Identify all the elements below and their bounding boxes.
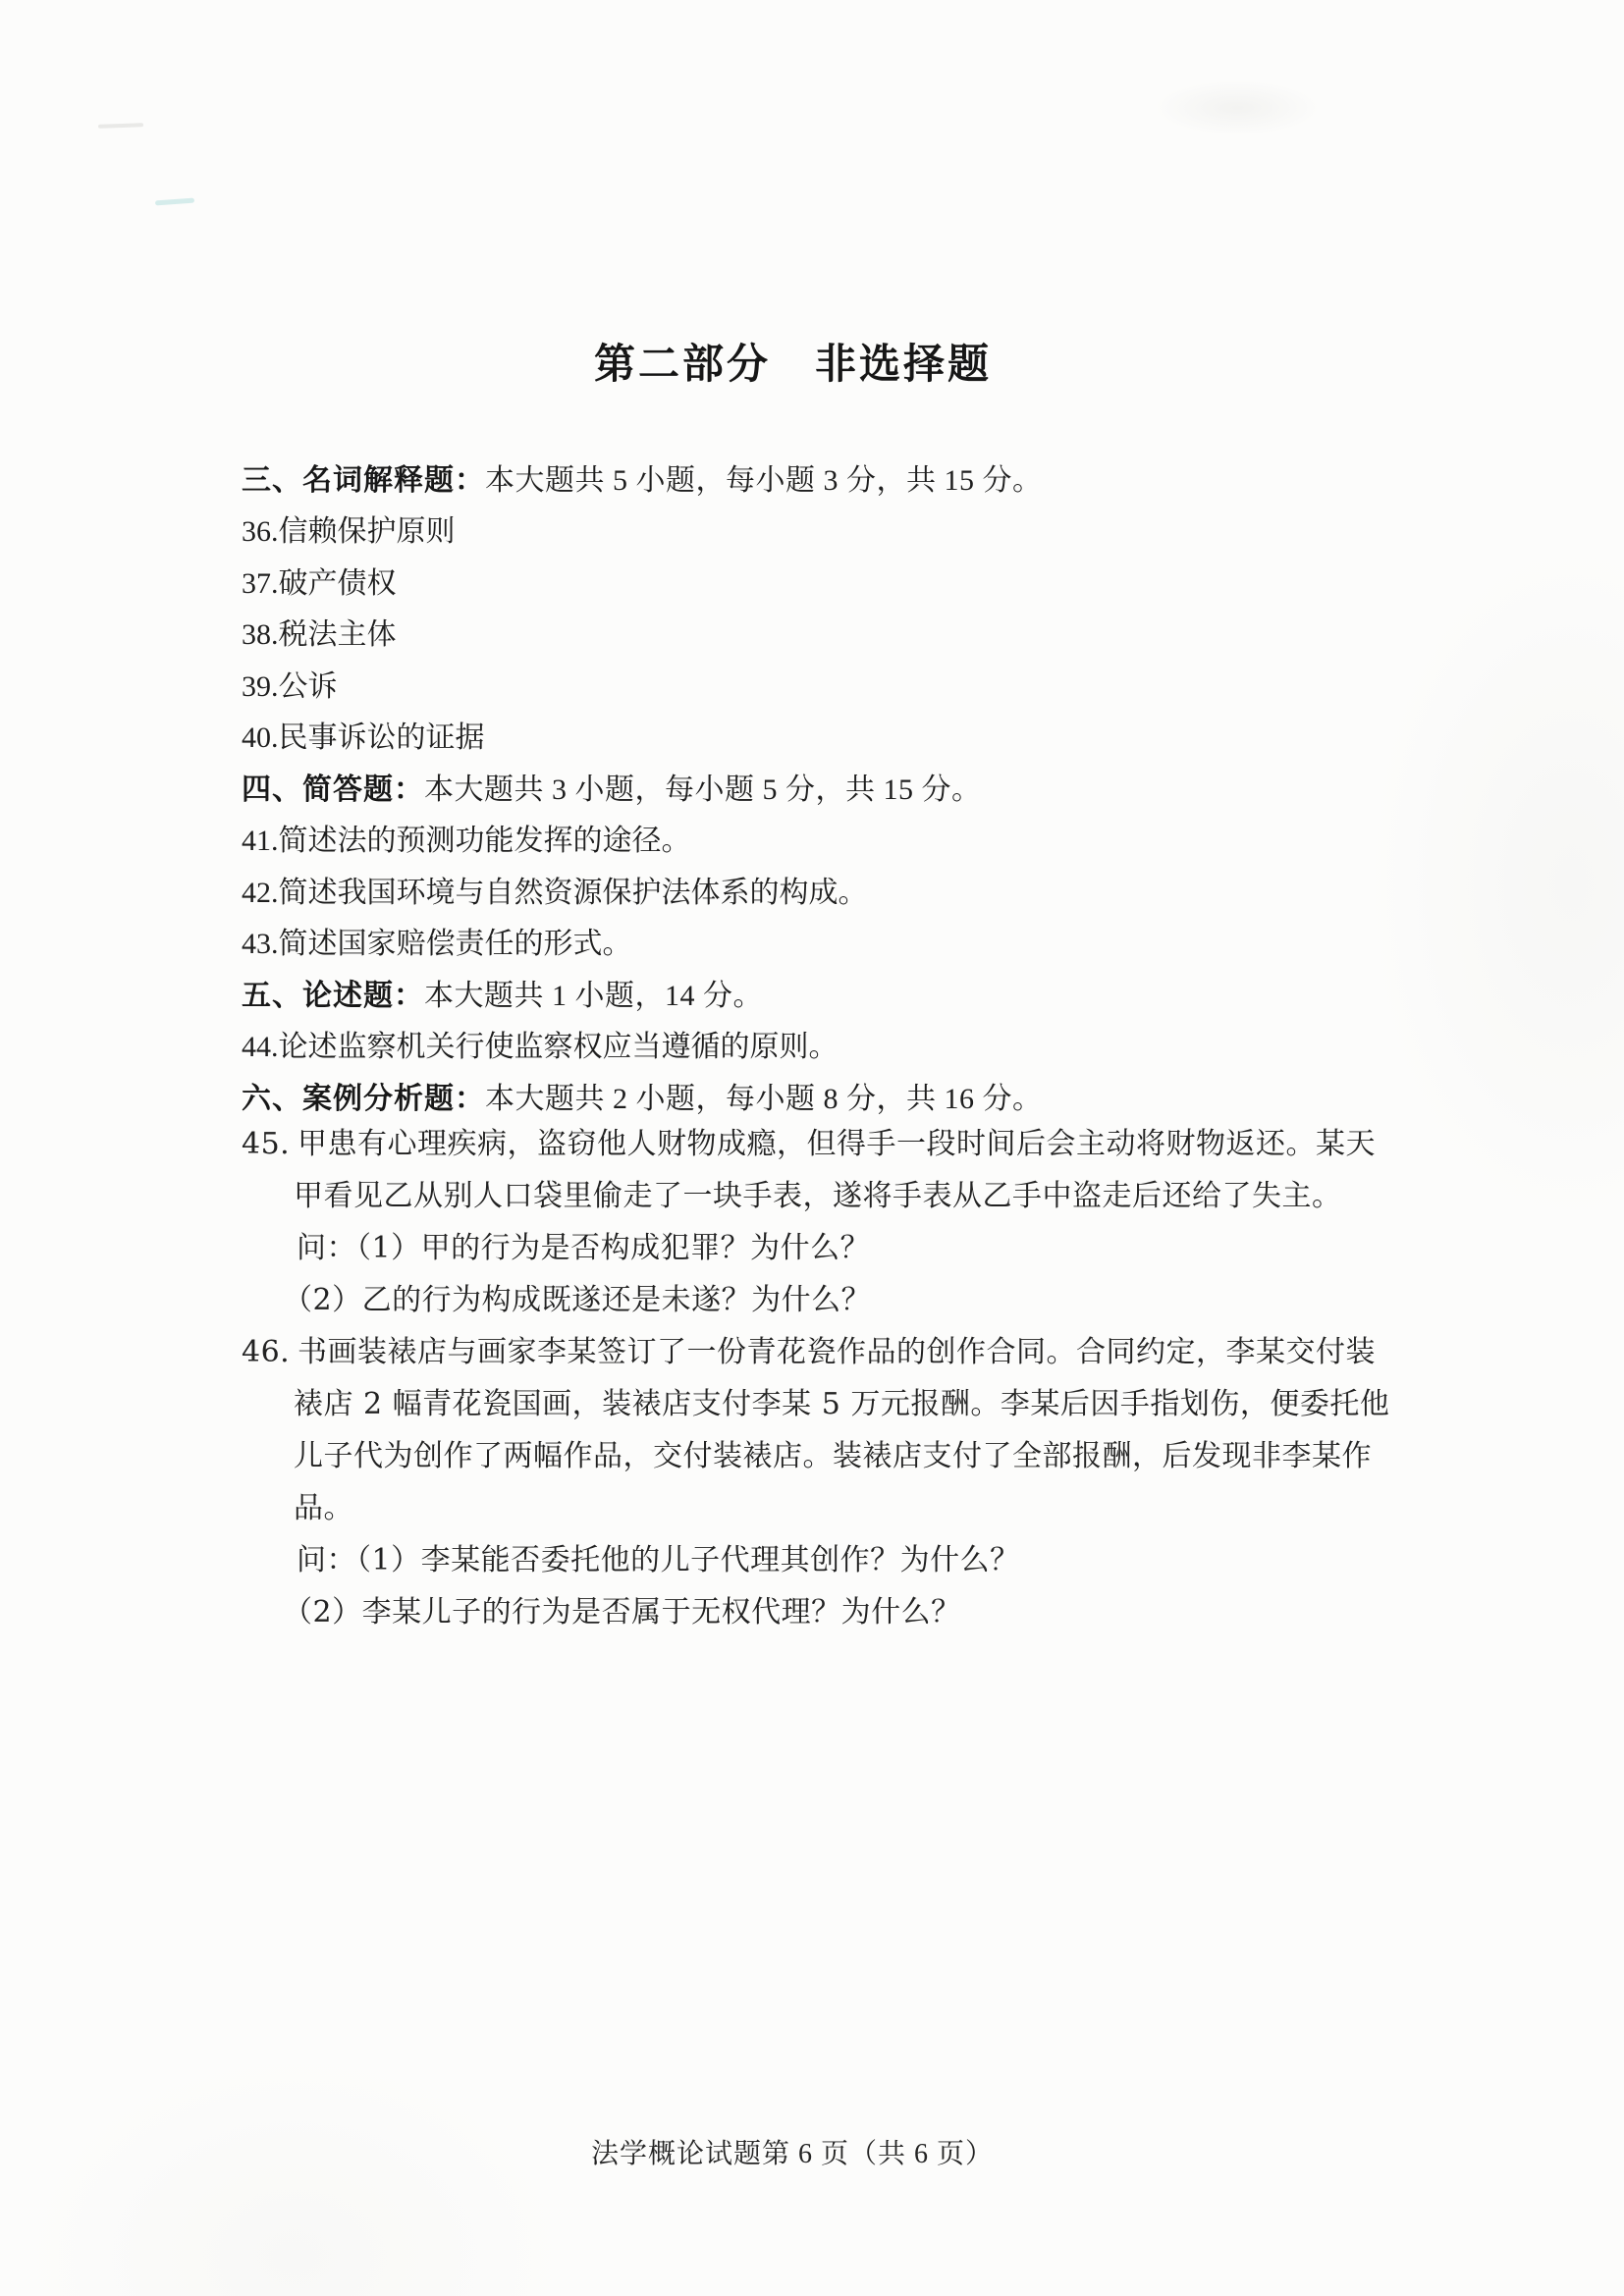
page-title: 第二部分 非选择题	[594, 332, 992, 391]
case-question-text: 问：（1）甲的行为是否构成犯罪？为什么？	[297, 1231, 870, 1265]
case-46-line-2: 裱店 2 幅青花瓷国画，装裱店支付李某 5 万元报酬。李某后因手指划伤，便委托他	[294, 1384, 1389, 1425]
case-text: 儿子代为创作了两幅作品，交付装裱店。装裱店支付了全部报酬，后发现非李某作	[294, 1439, 1372, 1473]
section-heading-label: 三、名词解释题：	[242, 464, 485, 497]
question-item-41: 41.简述法的预测功能发挥的途径。	[242, 821, 691, 862]
case-text: 甲患有心理疾病，盗窃他人财物成瘾，但得手一段时间后会主动将财物返还。某天	[298, 1127, 1376, 1161]
section-heading-detail: 本大题共 3 小题，每小题 5 分，共 15 分。	[424, 774, 982, 806]
question-text: 信赖保护原则	[279, 515, 456, 548]
question-text: 简述我国环境与自然资源保护法体系的构成。	[279, 877, 868, 909]
question-number: 37.	[242, 563, 279, 605]
question-text: 破产债权	[279, 567, 397, 600]
case-46-question-1: 问：（1）李某能否委托他的儿子代理其创作？为什么？	[297, 1540, 1020, 1581]
question-number: 44.	[242, 1027, 279, 1068]
question-item-36: 36.信赖保护原则	[242, 511, 456, 553]
case-45-question-2: （2）乙的行为构成既遂还是未遂？为什么？	[283, 1280, 871, 1321]
question-item-43: 43.简述国家赔偿责任的形式。	[242, 924, 632, 965]
question-number: 36.	[242, 511, 279, 553]
scanned-exam-page: 第二部分 非选择题 三、名词解释题：本大题共 5 小题，每小题 3 分，共 15…	[0, 0, 1624, 2296]
case-45-line-2: 甲看见乙从别人口袋里偷走了一块手表，遂将手表从乙手中盗走后还给了失主。	[294, 1176, 1342, 1217]
question-item-38: 38.税法主体	[242, 614, 397, 656]
case-46-line-4: 品。	[294, 1488, 353, 1529]
question-number: 40.	[242, 718, 279, 759]
question-number: 43.	[242, 924, 279, 965]
section-heading-essay: 五、论述题：本大题共 1 小题，14 分。	[242, 976, 763, 1017]
case-text: 品。	[294, 1491, 353, 1525]
question-item-40: 40.民事诉讼的证据	[242, 718, 485, 759]
case-question-text: （2）乙的行为构成既遂还是未遂？为什么？	[283, 1283, 871, 1317]
case-text: 书画装裱店与画家李某签订了一份青花瓷作品的创作合同。合同约定，李某交付装	[298, 1335, 1376, 1369]
question-item-37: 37.破产债权	[242, 563, 397, 605]
section-heading-detail: 本大题共 1 小题，14 分。	[424, 980, 763, 1012]
scan-artifact-smudge	[98, 123, 143, 129]
question-number: 46.	[242, 1332, 298, 1373]
question-number: 39.	[242, 667, 279, 708]
question-text: 简述国家赔偿责任的形式。	[279, 928, 632, 960]
case-46-line-1: 46.书画装裱店与画家李某签订了一份青花瓷作品的创作合同。合同约定，李某交付装	[242, 1332, 1376, 1373]
case-text: 裱店 2 幅青花瓷国画，装裱店支付李某 5 万元报酬。李某后因手指划伤，便委托他	[294, 1387, 1389, 1421]
case-text: 甲看见乙从别人口袋里偷走了一块手表，遂将手表从乙手中盗走后还给了失主。	[294, 1179, 1342, 1213]
question-text: 简述法的预测功能发挥的途径。	[279, 825, 691, 857]
question-item-39: 39.公诉	[242, 667, 338, 708]
scan-artifact-dash	[155, 198, 194, 206]
case-question-text: 问：（1）李某能否委托他的儿子代理其创作？为什么？	[297, 1543, 1020, 1577]
section-heading-label: 四、简答题：	[242, 774, 424, 806]
section-heading-glossary: 三、名词解释题：本大题共 5 小题，每小题 3 分，共 15 分。	[242, 460, 1043, 502]
question-number: 42.	[242, 873, 279, 914]
section-heading-case-analysis: 六、案例分析题：本大题共 2 小题，每小题 8 分，共 16 分。	[242, 1079, 1043, 1120]
section-heading-label: 六、案例分析题：	[242, 1083, 485, 1115]
page-footer: 法学概论试题第 6 页（共 6 页）	[591, 2132, 994, 2171]
question-text: 公诉	[279, 670, 338, 703]
case-question-text: （2）李某儿子的行为是否属于无权代理？为什么？	[283, 1595, 961, 1629]
section-heading-detail: 本大题共 5 小题，每小题 3 分，共 15 分。	[485, 464, 1043, 497]
question-number: 45.	[242, 1124, 298, 1165]
question-item-42: 42.简述我国环境与自然资源保护法体系的构成。	[242, 873, 868, 914]
question-number: 41.	[242, 821, 279, 862]
case-46-line-3: 儿子代为创作了两幅作品，交付装裱店。装裱店支付了全部报酬，后发现非李某作	[294, 1436, 1372, 1477]
section-heading-detail: 本大题共 2 小题，每小题 8 分，共 16 分。	[485, 1083, 1043, 1115]
case-45-question-1: 问：（1）甲的行为是否构成犯罪？为什么？	[297, 1228, 870, 1269]
question-text: 论述监察机关行使监察权应当遵循的原则。	[279, 1031, 839, 1063]
case-46-question-2: （2）李某儿子的行为是否属于无权代理？为什么？	[283, 1592, 961, 1633]
question-number: 38.	[242, 614, 279, 656]
case-45-line-1: 45.甲患有心理疾病，盗窃他人财物成瘾，但得手一段时间后会主动将财物返还。某天	[242, 1124, 1376, 1165]
question-text: 民事诉讼的证据	[279, 721, 485, 754]
section-heading-label: 五、论述题：	[242, 980, 424, 1012]
section-heading-short-answer: 四、简答题：本大题共 3 小题，每小题 5 分，共 15 分。	[242, 770, 982, 811]
question-item-44: 44.论述监察机关行使监察权应当遵循的原则。	[242, 1027, 839, 1068]
question-text: 税法主体	[279, 618, 397, 651]
